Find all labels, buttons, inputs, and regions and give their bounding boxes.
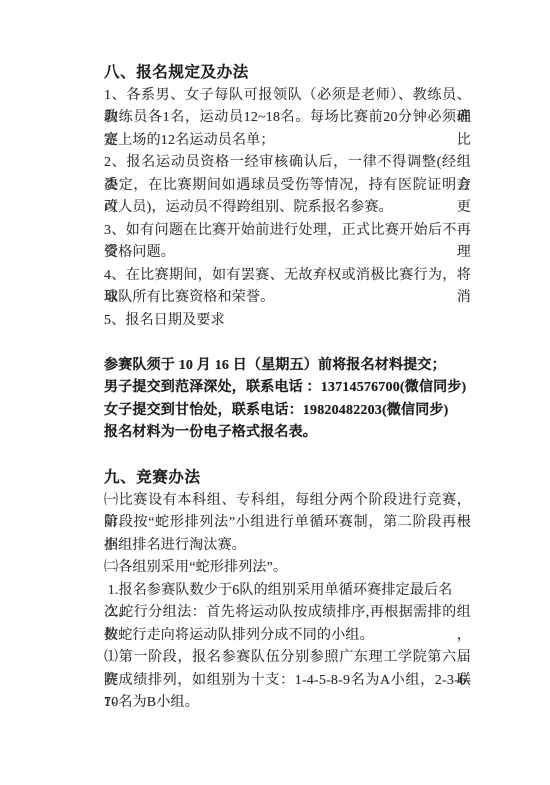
text-line: 2.蛇行分组法：首先将运动队按成绩排序,再根据需排的组数， [104,602,471,625]
text-line: 1、各系男、女子每队可报领队（必须是老师）、教练员、助理 [104,85,471,108]
paragraph-round-robin: 1.报名参赛队数少于6队的组别采用单循环赛排定最后名次。 [104,580,471,603]
document-text-block: 八、报名规定及办法 1、各系男、女子每队可报领队（必须是老师）、教练员、助理 教… [104,62,471,715]
text-line: 报名材料为一份电子格式报名表。 [104,422,471,445]
section-heading-competition-method: 九、竞赛办法 [104,467,471,490]
paragraph-snake-grouping: 2.蛇行分组法：首先将运动队按成绩排序,再根据需排的组数， 按蛇行走向将运动队排… [104,602,471,647]
paragraph-item-1: 1、各系男、女子每队可报领队（必须是老师）、教练员、助理 教练员各1名，运动员1… [104,85,471,153]
blank-line [104,445,471,468]
text-line: ㈠比赛设有本科组、专科组，每组分两个阶段进行竞赛，第一 [104,490,471,513]
section-heading-registration-rules: 八、报名规定及办法 [104,62,471,85]
paragraph-item-4: 4、在比赛期间，如有罢赛、无故弃权或消极比赛行为，将取消 球队所有比赛资格和荣誉… [104,265,471,310]
text-line: 阶段按“蛇形排列法”小组进行单循环赛制，第二阶段再根据 [104,512,471,535]
document-page: 八、报名规定及办法 1、各系男、女子每队可报领队（必须是老师）、教练员、助理 教… [0,0,550,785]
blank-line [104,332,471,355]
text-line-mens-contact: 男子提交到范泽深处，联系电话 ：13714576700(微信同步) [104,377,471,400]
heading-text: 九、竞赛办法 [104,467,471,490]
text-line: 2、报名运动员资格一经审核确认后，一律不得调整(经组委会 [104,152,471,175]
paragraph-item-2: 2、报名运动员资格一经审核确认后，一律不得调整(经组委会 决定，在比赛期间如遇球… [104,152,471,220]
text-line: 5、报名日期及要求 [104,310,471,333]
paragraph-submission-info: 参赛队须于 10 月 16 日（星期五）前将报名材料提交； 男子提交到范泽深处，… [104,355,471,445]
paragraph-groups-stages: ㈠比赛设有本科组、专科组，每组分两个阶段进行竞赛，第一 阶段按“蛇形排列法”小组… [104,490,471,558]
text-line-womens-contact: 女子提交到甘怡处，联系电话：19820482203(微信同步) [104,400,471,423]
text-line: 教练员各1名，运动员12~18名。每场比赛前20分钟必须确定比 [104,107,471,130]
text-line: 1.报名参赛队数少于6队的组别采用单循环赛排定最后名次。 [104,580,471,603]
text-line: 决定，在比赛期间如遇球员受伤等情况，持有医院证明方可更 [104,175,471,198]
text-line: 10名为B小组。 [104,692,471,715]
heading-text: 八、报名规定及办法 [104,62,471,85]
text-line: 赛成绩排列，如组别为十支：1-4-5-8-9名为A小组，2-3-6-7- [104,670,471,693]
paragraph-first-stage: ⑴第一阶段，报名参赛队伍分别参照广东理工学院第六届院联 赛成绩排列，如组别为十支… [104,647,471,715]
text-line: 3、如有问题在比赛开始前进行处理，正式比赛开始后不再受理 [104,220,471,243]
paragraph-item-5: 5、报名日期及要求 [104,310,471,333]
text-line: 参赛队须于 10 月 16 日（星期五）前将报名材料提交； [104,355,471,378]
paragraph-snake-method: ㈡各组别采用“蛇形排列法”。 [104,557,471,580]
text-line: ⑴第一阶段，报名参赛队伍分别参照广东理工学院第六届院联 [104,647,471,670]
text-line: 小组排名进行淘汰赛。 [104,535,471,558]
paragraph-item-3: 3、如有问题在比赛开始前进行处理，正式比赛开始后不再受理 资格问题。 [104,220,471,265]
text-line: ㈡各组别采用“蛇形排列法”。 [104,557,471,580]
text-line: 4、在比赛期间，如有罢赛、无故弃权或消极比赛行为，将取消 [104,265,471,288]
